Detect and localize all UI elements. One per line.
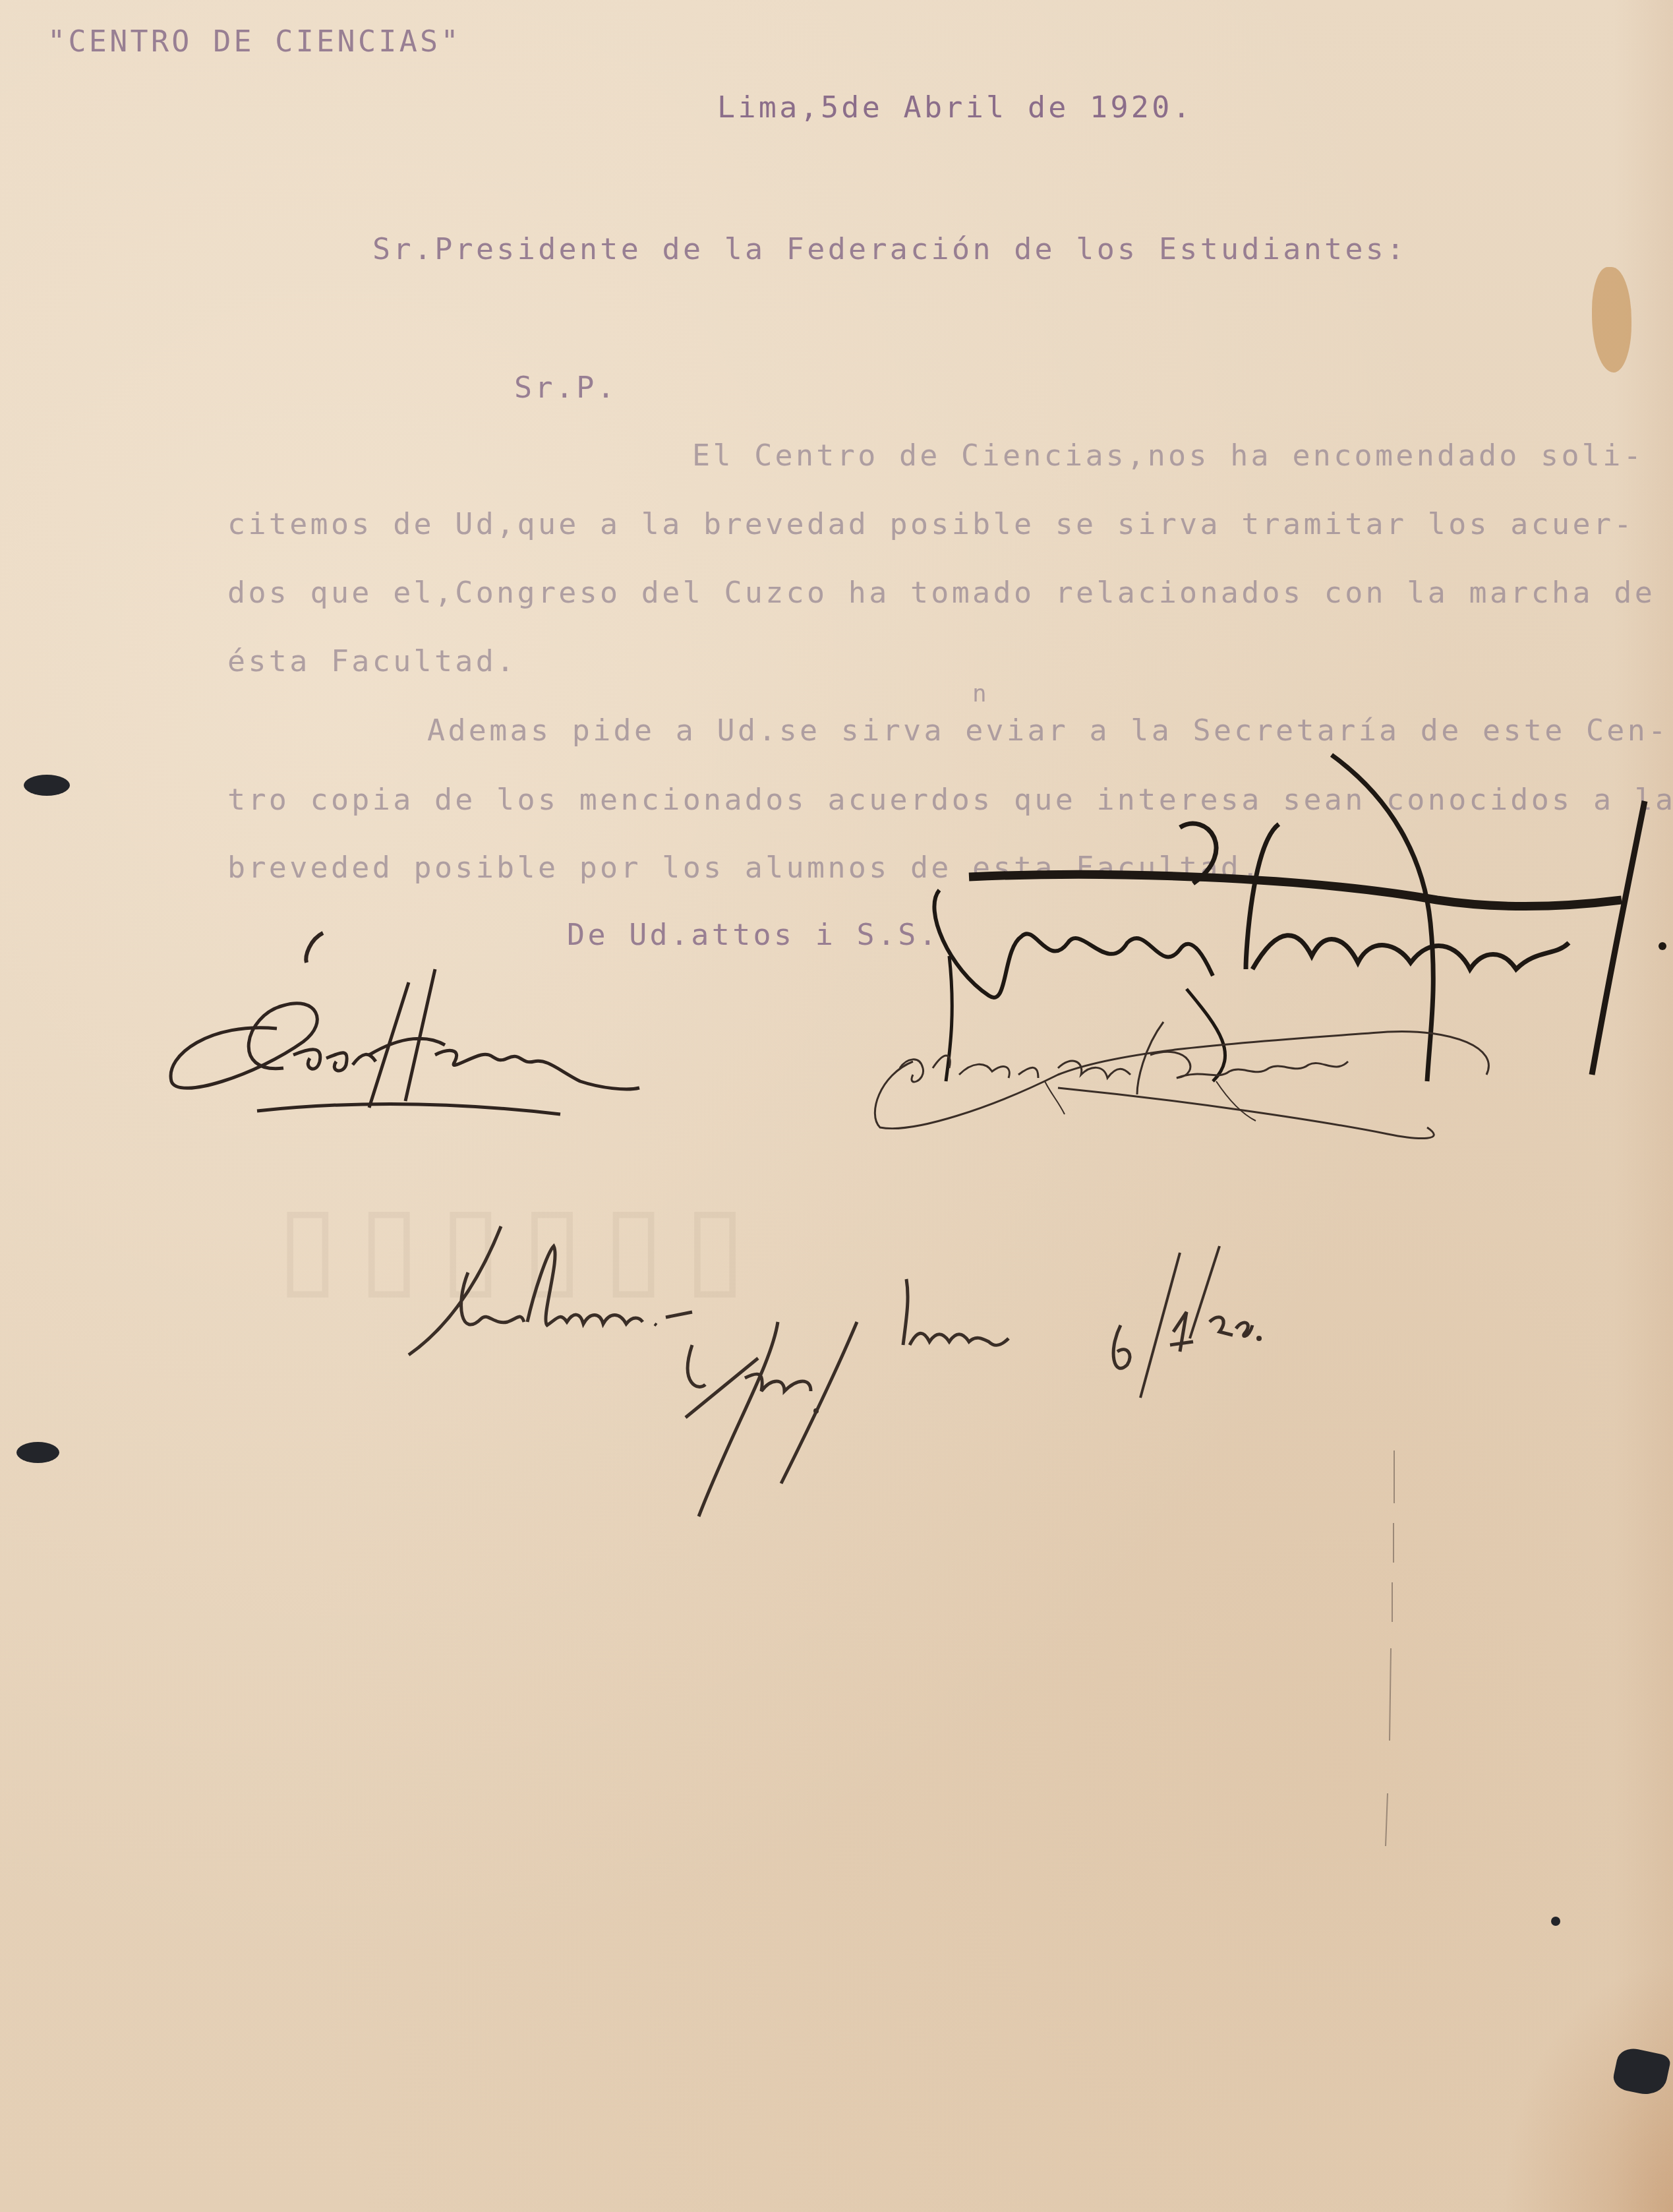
punch-hole-upper: [24, 775, 70, 796]
svg-text:Lima 6/4/20.: Lima 6/4/20.: [402, 1205, 457, 1216]
body-line-5: Ademas pide a Ud.se sirva eviar a la Sec…: [427, 715, 1669, 745]
document-page: ▯▯▯▯▯▯ "CENTRO DE CIENCIAS" Lima,5de Abr…: [0, 0, 1673, 2212]
signature-label: Óscar Herrera: [152, 913, 211, 926]
svg-text:Alfredo Arce Rendón: Alfredo Arce Rendón: [860, 994, 951, 1005]
body-line-2: citemos de Ud,que a la brevedad posible …: [227, 509, 1635, 539]
svg-text:Pedro Maradiant: Pedro Maradiant: [910, 743, 981, 754]
letterhead: "CENTRO DE CIENCIAS": [47, 26, 461, 56]
paper-stain-upper-right: [1592, 267, 1631, 373]
faint-pencil-mark: [1384, 1450, 1404, 1846]
addressee: Sr.Presidente de la Federación de los Es…: [372, 234, 1407, 264]
body-line-1: El Centro de Ciencias,nos ha encomendado…: [692, 440, 1644, 470]
body-line-4: ésta Facultad.: [227, 646, 517, 676]
inserted-letter-correction: n: [972, 682, 989, 706]
punch-hole-lower: [16, 1442, 59, 1463]
place-date: Lima,5de Abril de 1920.: [717, 92, 1193, 122]
signature-alfredo-rendon: Alfredo Arce Rendón: [860, 1002, 1513, 1147]
salutation: Sr.P.: [514, 373, 618, 402]
body-line-3: dos que el,Congreso del Cuzco ha tomado …: [227, 578, 1655, 607]
signature-oscar-herrera: Óscar Herrera: [152, 923, 732, 1134]
pin-hole: [1551, 1917, 1560, 1926]
